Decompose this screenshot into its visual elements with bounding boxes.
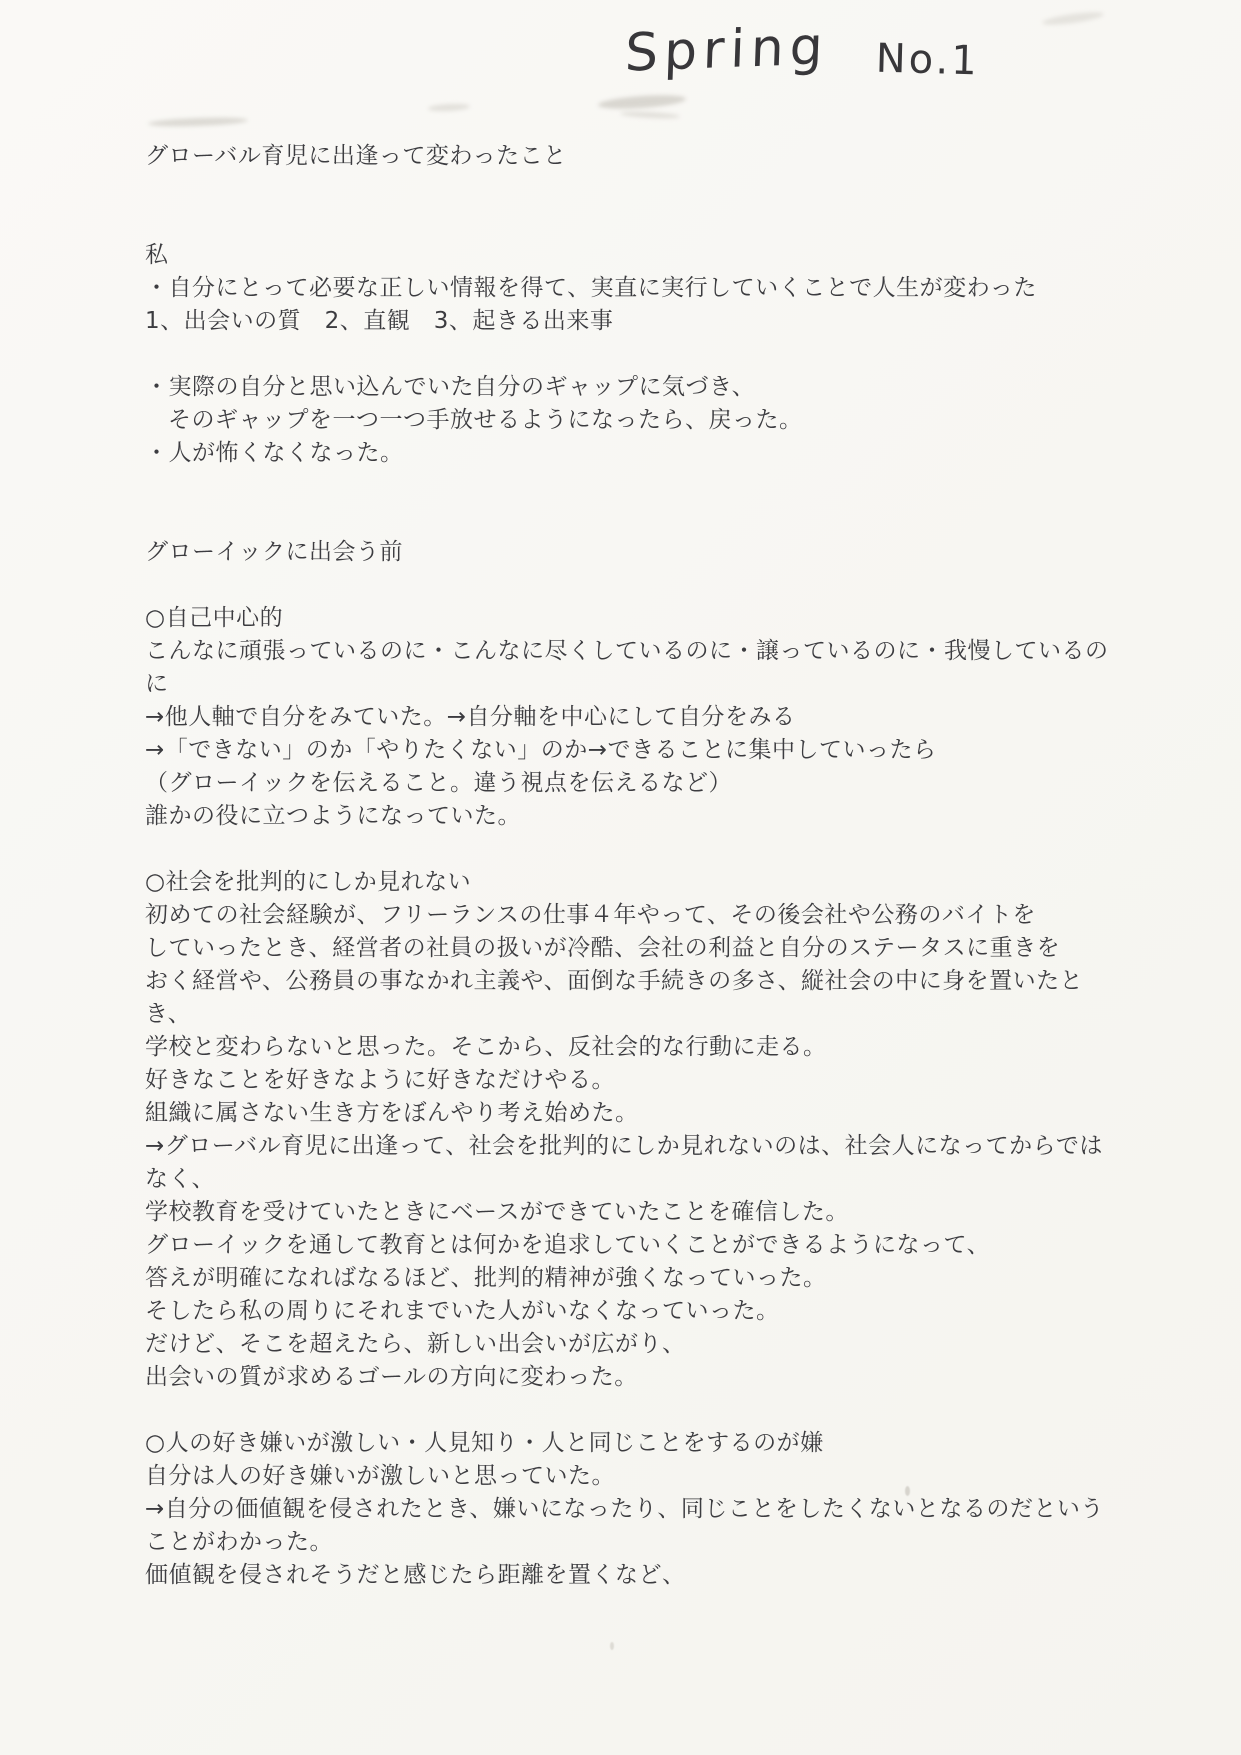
document-line: →「できない」のか「やりたくない」のか→できることに集中していったら bbox=[145, 734, 1165, 767]
document-line: 初めての社会経験が、フリーランスの仕事４年やって、その後会社や公務のバイトを bbox=[145, 899, 1165, 932]
scanner-smudge bbox=[1042, 10, 1105, 28]
document-line: （グローイックを伝えること。違う視点を伝えるなど） bbox=[145, 767, 1165, 800]
document-line: →グローバル育児に出逢って、社会を批判的にしか見れないのは、社会人になってからで… bbox=[145, 1130, 1165, 1163]
document-line: →他人軸で自分をみていた。→自分軸を中心にして自分をみる bbox=[145, 701, 1165, 734]
document-line: 誰かの役に立つようになっていた。 bbox=[145, 800, 1165, 833]
document-line: 好きなことを好きなように好きなだけやる。 bbox=[145, 1064, 1165, 1097]
blank-line bbox=[145, 173, 1165, 206]
document-line: 組織に属さない生き方をぼんやり考え始めた。 bbox=[145, 1097, 1165, 1130]
document-line: ・実際の自分と思い込んでいた自分のギャップに気づき、 bbox=[145, 371, 1165, 404]
blank-line bbox=[145, 338, 1165, 371]
document-line: ことがわかった。 bbox=[145, 1526, 1165, 1559]
document-line: 出会いの質が求めるゴールの方向に変わった。 bbox=[145, 1361, 1165, 1394]
document-line: 私 bbox=[145, 239, 1165, 272]
handwritten-page-number: No.1 bbox=[875, 36, 980, 85]
document-line: していったとき、経営者の社員の扱いが冷酷、会社の利益と自分のステータスに重きを bbox=[145, 932, 1165, 965]
document-line: こんなに頑張っているのに・こんなに尽くしているのに・譲っているのに・我慢している… bbox=[145, 635, 1165, 668]
handwritten-spring-label: Spring bbox=[624, 16, 830, 83]
document-line: に bbox=[145, 668, 1165, 701]
handwritten-header: Spring No.1 bbox=[625, 20, 980, 80]
document-line: おく経営や、公務員の事なかれ主義や、面倒な手続きの多さ、縦社会の中に身を置いたと bbox=[145, 965, 1165, 998]
document-line: 学校と変わらないと思った。そこから、反社会的な行動に走る。 bbox=[145, 1031, 1165, 1064]
document-line: ・人が怖くなくなった。 bbox=[145, 437, 1165, 470]
document-line: き、 bbox=[145, 998, 1165, 1031]
blank-line bbox=[145, 470, 1165, 503]
scanner-smudge bbox=[428, 103, 470, 112]
document-line: 1、出会いの質 2、直観 3、起きる出来事 bbox=[145, 305, 1165, 338]
blank-line bbox=[145, 1394, 1165, 1427]
document-body: グローバル育児に出逢って変わったこと私・自分にとって必要な正しい情報を得て、実直… bbox=[145, 140, 1165, 1592]
scanner-smudge bbox=[620, 110, 680, 119]
document-line: 価値観を侵されそうだと感じたら距離を置くなど、 bbox=[145, 1559, 1165, 1592]
document-line: グローイックに出会う前 bbox=[145, 536, 1165, 569]
blank-line bbox=[145, 569, 1165, 602]
document-line: →自分の価値観を侵されたとき、嫌いになったり、同じことをしたくないとなるのだとい… bbox=[145, 1493, 1165, 1526]
document-line: だけど、そこを超えたら、新しい出会いが広がり、 bbox=[145, 1328, 1165, 1361]
document-line: ○自己中心的 bbox=[145, 602, 1165, 635]
document-line: 自分は人の好き嫌いが激しいと思っていた。 bbox=[145, 1460, 1165, 1493]
document-line: ○人の好き嫌いが激しい・人見知り・人と同じことをするのが嫌 bbox=[145, 1427, 1165, 1460]
document-line: グローイックを通して教育とは何かを追求していくことができるようになって、 bbox=[145, 1229, 1165, 1262]
scanned-page: Spring No.1 グローバル育児に出逢って変わったこと私・自分にとって必要… bbox=[0, 0, 1241, 1755]
document-line: そしたら私の周りにそれまでいた人がいなくなっていった。 bbox=[145, 1295, 1165, 1328]
document-title: グローバル育児に出逢って変わったこと bbox=[145, 140, 1165, 173]
blank-line bbox=[145, 833, 1165, 866]
document-line: 学校教育を受けていたときにベースができていたことを確信した。 bbox=[145, 1196, 1165, 1229]
document-line: ○社会を批判的にしか見れない bbox=[145, 866, 1165, 899]
document-line: 答えが明確になればなるほど、批判的精神が強くなっていった。 bbox=[145, 1262, 1165, 1295]
scanner-smudge bbox=[598, 93, 687, 111]
document-line: そのギャップを一つ一つ手放せるようになったら、戻った。 bbox=[145, 404, 1165, 437]
blank-line bbox=[145, 206, 1165, 239]
blank-line bbox=[145, 503, 1165, 536]
document-line: なく、 bbox=[145, 1163, 1165, 1196]
scanner-smudge bbox=[148, 116, 248, 127]
scanner-smudge bbox=[610, 1642, 614, 1650]
document-line: ・自分にとって必要な正しい情報を得て、実直に実行していくことで人生が変わった bbox=[145, 272, 1165, 305]
